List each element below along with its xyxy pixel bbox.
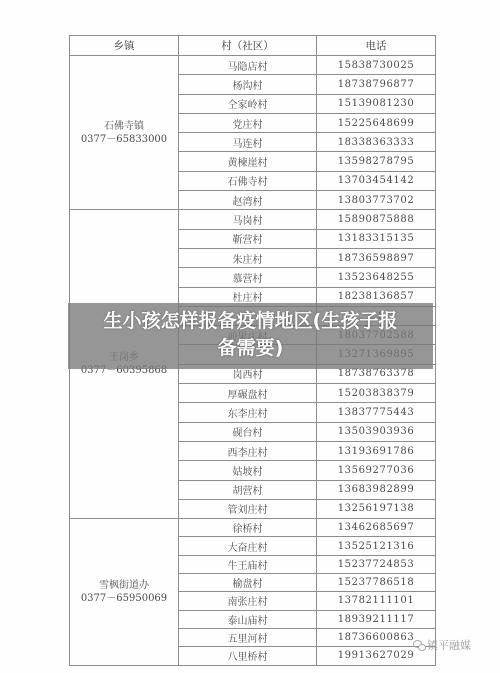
phone-cell: 13256197138	[317, 499, 436, 518]
table-row: 石佛寺镇0377－65833000马隐店村15838730025	[70, 56, 436, 75]
phone-cell: 13183315135	[317, 229, 436, 248]
phone-cell: 13782111101	[317, 592, 436, 610]
header-phone: 电话	[317, 36, 436, 56]
village-cell: 厚碾盘村	[179, 384, 317, 403]
header-town: 乡镇	[70, 36, 179, 56]
table-row: 王岗乡0377－60395868马岗村15890875888	[70, 210, 436, 229]
phone-cell: 13503903936	[317, 422, 436, 441]
village-cell: 泰山庙村	[179, 610, 317, 628]
banner-line-2: 备需要)	[68, 335, 433, 362]
village-cell: 八里桥村	[179, 647, 317, 665]
phone-cell: 15838730025	[317, 56, 436, 75]
town-phone: 0377－65950069	[70, 592, 178, 605]
phone-cell: 13569277036	[317, 461, 436, 480]
banner-line-1: 生小孩怎样报备疫情地区(生孩子报	[68, 308, 433, 335]
village-cell: 靳营村	[179, 229, 317, 248]
town-name: 石佛寺镇	[70, 120, 178, 133]
header-village: 村（社区）	[179, 36, 317, 56]
town-cell: 石佛寺镇0377－65833000	[70, 56, 179, 210]
village-cell: 赵湾村	[179, 191, 317, 210]
village-cell: 慕营村	[179, 268, 317, 287]
phone-cell: 13525121316	[317, 537, 436, 555]
village-cell: 榆盘村	[179, 574, 317, 592]
town-cell: 雪枫街道办0377－65950069	[70, 519, 179, 665]
village-cell: 姑坡村	[179, 461, 317, 480]
village-cell: 大奋庄村	[179, 537, 317, 555]
watermark: 镇平融媒	[413, 637, 471, 653]
table-header-row: 乡镇 村（社区） 电话	[70, 36, 436, 56]
phone-cell: 13683982899	[317, 480, 436, 499]
village-cell: 党庄村	[179, 113, 317, 132]
village-cell: 马隐店村	[179, 56, 317, 75]
phone-cell: 18736598897	[317, 248, 436, 267]
village-cell: 胡营村	[179, 480, 317, 499]
village-cell: 黄楝崖村	[179, 152, 317, 171]
phone-cell: 18738796877	[317, 75, 436, 94]
village-cell: 管刘庄村	[179, 499, 317, 518]
phone-cell: 15890875888	[317, 210, 436, 229]
village-cell: 砚台村	[179, 422, 317, 441]
village-cell: 西李庄村	[179, 441, 317, 460]
phone-cell: 13598278795	[317, 152, 436, 171]
phone-cell: 13462685697	[317, 519, 436, 537]
village-cell: 仝家岭村	[179, 94, 317, 113]
village-cell: 马连村	[179, 133, 317, 152]
village-cell: 五里河村	[179, 628, 317, 646]
phone-cell: 15139081230	[317, 94, 436, 113]
document-page: 乡镇 村（社区） 电话 石佛寺镇0377－65833000马隐店村1583873…	[0, 0, 500, 673]
phone-cell: 15237786518	[317, 574, 436, 592]
phone-cell: 13193691786	[317, 441, 436, 460]
wechat-icon	[413, 640, 425, 650]
village-cell: 南张庄村	[179, 592, 317, 610]
table-row: 雪枫街道办0377－65950069徐桥村13462685697	[70, 519, 436, 537]
phone-cell: 18338363333	[317, 133, 436, 152]
watermark-text: 镇平融媒	[427, 637, 471, 653]
village-cell: 牛王庙村	[179, 555, 317, 573]
phone-cell: 13523648255	[317, 268, 436, 287]
town-name: 雪枫街道办	[70, 579, 178, 592]
village-cell: 徐桥村	[179, 519, 317, 537]
phone-cell: 15203838379	[317, 384, 436, 403]
village-cell: 朱庄村	[179, 248, 317, 267]
phone-cell: 13837775443	[317, 403, 436, 422]
village-cell: 杨沟村	[179, 75, 317, 94]
village-cell: 石佛寺村	[179, 171, 317, 190]
phone-cell: 15237724853	[317, 555, 436, 573]
title-banner: 生小孩怎样报备疫情地区(生孩子报 备需要)	[68, 303, 433, 369]
phone-cell: 18939211117	[317, 610, 436, 628]
town-phone: 0377－65833000	[70, 133, 178, 146]
phone-cell: 15225648699	[317, 113, 436, 132]
village-cell: 东李庄村	[179, 403, 317, 422]
village-cell: 马岗村	[179, 210, 317, 229]
phone-cell: 13703454142	[317, 171, 436, 190]
phone-cell: 13803773702	[317, 191, 436, 210]
